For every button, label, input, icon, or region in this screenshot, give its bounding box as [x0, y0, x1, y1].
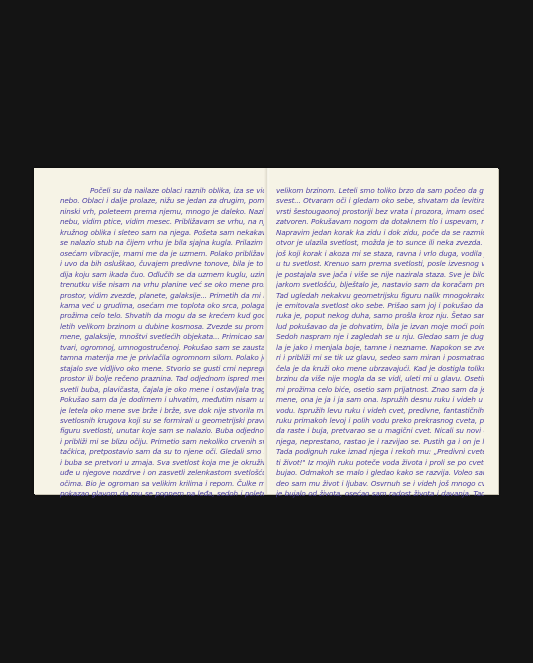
text-line: se nalazio stub na čijem vrhu je bila sj… — [60, 238, 264, 248]
text-line: deo sam mu život i ljubav. Osvrnuh se i … — [276, 479, 484, 489]
text-line: prostor, vidim zvezde, planete, galaksij… — [60, 291, 264, 301]
text-line: svetli buba, plavičasta, čajala je oko m… — [60, 385, 264, 395]
text-line: Tad ugledah nekakvu geometrijsku figuru … — [276, 291, 484, 301]
text-line: mene, ona je ja i ja sam ona. Ispružih d… — [276, 395, 484, 405]
text-line: njega, neprestano, rastao je i razvijao … — [276, 437, 484, 447]
text-line: Sedoh naspram nje i zagledah se u nju. G… — [276, 332, 484, 342]
right-page: velikom brzinom. Leteli smo toliko brzo … — [276, 186, 484, 500]
text-line: dija koju sam ikada čuo. Odlučih se da u… — [60, 270, 264, 280]
text-line: bujao. Odmakoh se malo i gledao kako se … — [276, 468, 484, 478]
text-line: nebu, vidim ptice, vidim mesec. Približa… — [60, 217, 264, 227]
left-page: Počeli su da nailaze oblaci raznih oblik… — [60, 186, 264, 500]
text-line: je letela oko mene sve brže i brže, sve … — [60, 406, 264, 416]
text-line: osećam vibracije, mami me da je uzmem. P… — [60, 249, 264, 259]
text-line: pokazao glavom da mu se popnem na leđa, … — [60, 489, 264, 499]
text-line: tačkica, pretpostavio sam da su to njene… — [60, 447, 264, 457]
text-line: ti život!" Iz mojih ruku poteče voda živ… — [276, 458, 484, 468]
text-line: i uvo da bih osluškao, čuvajem predivne … — [60, 259, 264, 269]
text-line: ri i približi mi se tik uz glavu, sedeo … — [276, 353, 484, 363]
text-line: ruku primakoh levoj i polih vodu preko p… — [276, 416, 484, 426]
text-line: svest... Otvaram oči i gledam oko sebe, … — [276, 196, 484, 206]
text-line: da raste i buja, pretvarao se u magični … — [276, 426, 484, 436]
text-line: Tada podignuh ruke iznad njega i rekoh m… — [276, 447, 484, 457]
text-line: lud pokušavao da je dohvatim, bila je iz… — [276, 322, 484, 332]
text-line: kružnog oblika i sleteo sam na njega. Po… — [60, 228, 264, 238]
text-line: tamna materija me je privlačila ogromnom… — [60, 353, 264, 363]
text-line: Napravim jedan korak ka zidu i dok zidu,… — [276, 228, 484, 238]
text-line: prožima celo telo. Shvatih da mogu da se… — [60, 311, 264, 321]
text-line: kama već u grudima, osećam me toplota ok… — [60, 301, 264, 311]
text-line: trenutku više nisam na vrhu planine već … — [60, 280, 264, 290]
text-line: Pokušao sam da je dodirnem i uhvatim, me… — [60, 395, 264, 405]
text-line: očima. Bio je ogroman sa velikim krilima… — [60, 479, 264, 489]
text-line: svetlosnih krugova koji su se formirali … — [60, 416, 264, 426]
page-fold — [264, 168, 270, 494]
text-line: vrsti šestougaonoj prostoriji bez vrata … — [276, 207, 484, 217]
text-line: letih velikom brzinom u dubine kosmosa. … — [60, 322, 264, 332]
text-line: Počeli su da nailaze oblaci raznih oblik… — [60, 186, 264, 196]
text-line: vodu. Ispružih levu ruku i videh cvet, p… — [276, 406, 484, 416]
text-line: ninski vrh, poleteem prema njemu, mnogo … — [60, 207, 264, 217]
text-line: čela je da kruži oko mene ubrzavajući. K… — [276, 364, 484, 374]
text-line: uđe u njegove nozdrve i on zasvetli zele… — [60, 468, 264, 478]
text-line: i buba se pretvori u zmaja. Sva svetlost… — [60, 458, 264, 468]
text-line: brzinu da više nije mogla da se vidi, ul… — [276, 374, 484, 384]
text-line: jarkom svetlošću, blještalo je, nastavio… — [276, 280, 484, 290]
text-line: la je jako i menjala boje, tamne i nezna… — [276, 343, 484, 353]
text-line: i približi mi se blizu očiju. Primetio s… — [60, 437, 264, 447]
text-line: tvari, ogromnoj, umnogostručenoj. Pokuša… — [60, 343, 264, 353]
text-line: velikom brzinom. Leteli smo toliko brzo … — [276, 186, 484, 196]
text-line: je postajala sve jača i više se nije naz… — [276, 270, 484, 280]
text-line: nebo. Oblaci i dalje prolaze, nižu se je… — [60, 196, 264, 206]
text-line: mene, galaksije, mnoštvi svetlećih objek… — [60, 332, 264, 342]
text-line: je bujalo od života, osećao sam radost ž… — [276, 489, 484, 499]
text-line: je emitovala svetlost oko sebe. Prišao s… — [276, 301, 484, 311]
text-line: otvor je ulazila svetlost, možda je to s… — [276, 238, 484, 248]
text-line: prostor ili bolje rečeno praznina. Tad o… — [60, 374, 264, 384]
text-line: ruka je, poput nekog duha, samo prošla k… — [276, 311, 484, 321]
text-line: figuru svetlosti, unutar koje sam se nal… — [60, 426, 264, 436]
text-line: zatvoren. Pokušavam nogom da dotaknem tl… — [276, 217, 484, 227]
text-line: u tu svetlost. Krenuo sam prema svetlost… — [276, 259, 484, 269]
text-line: stajalo sve vidljivo oko mene. Stvorio s… — [60, 364, 264, 374]
text-line: još koji korak i akoza mi se staza, ravn… — [276, 249, 484, 259]
manuscript-scan: Počeli su da nailaze oblaci raznih oblik… — [34, 168, 498, 494]
text-line: mi prožima celo biće, osetio sam prijatn… — [276, 385, 484, 395]
